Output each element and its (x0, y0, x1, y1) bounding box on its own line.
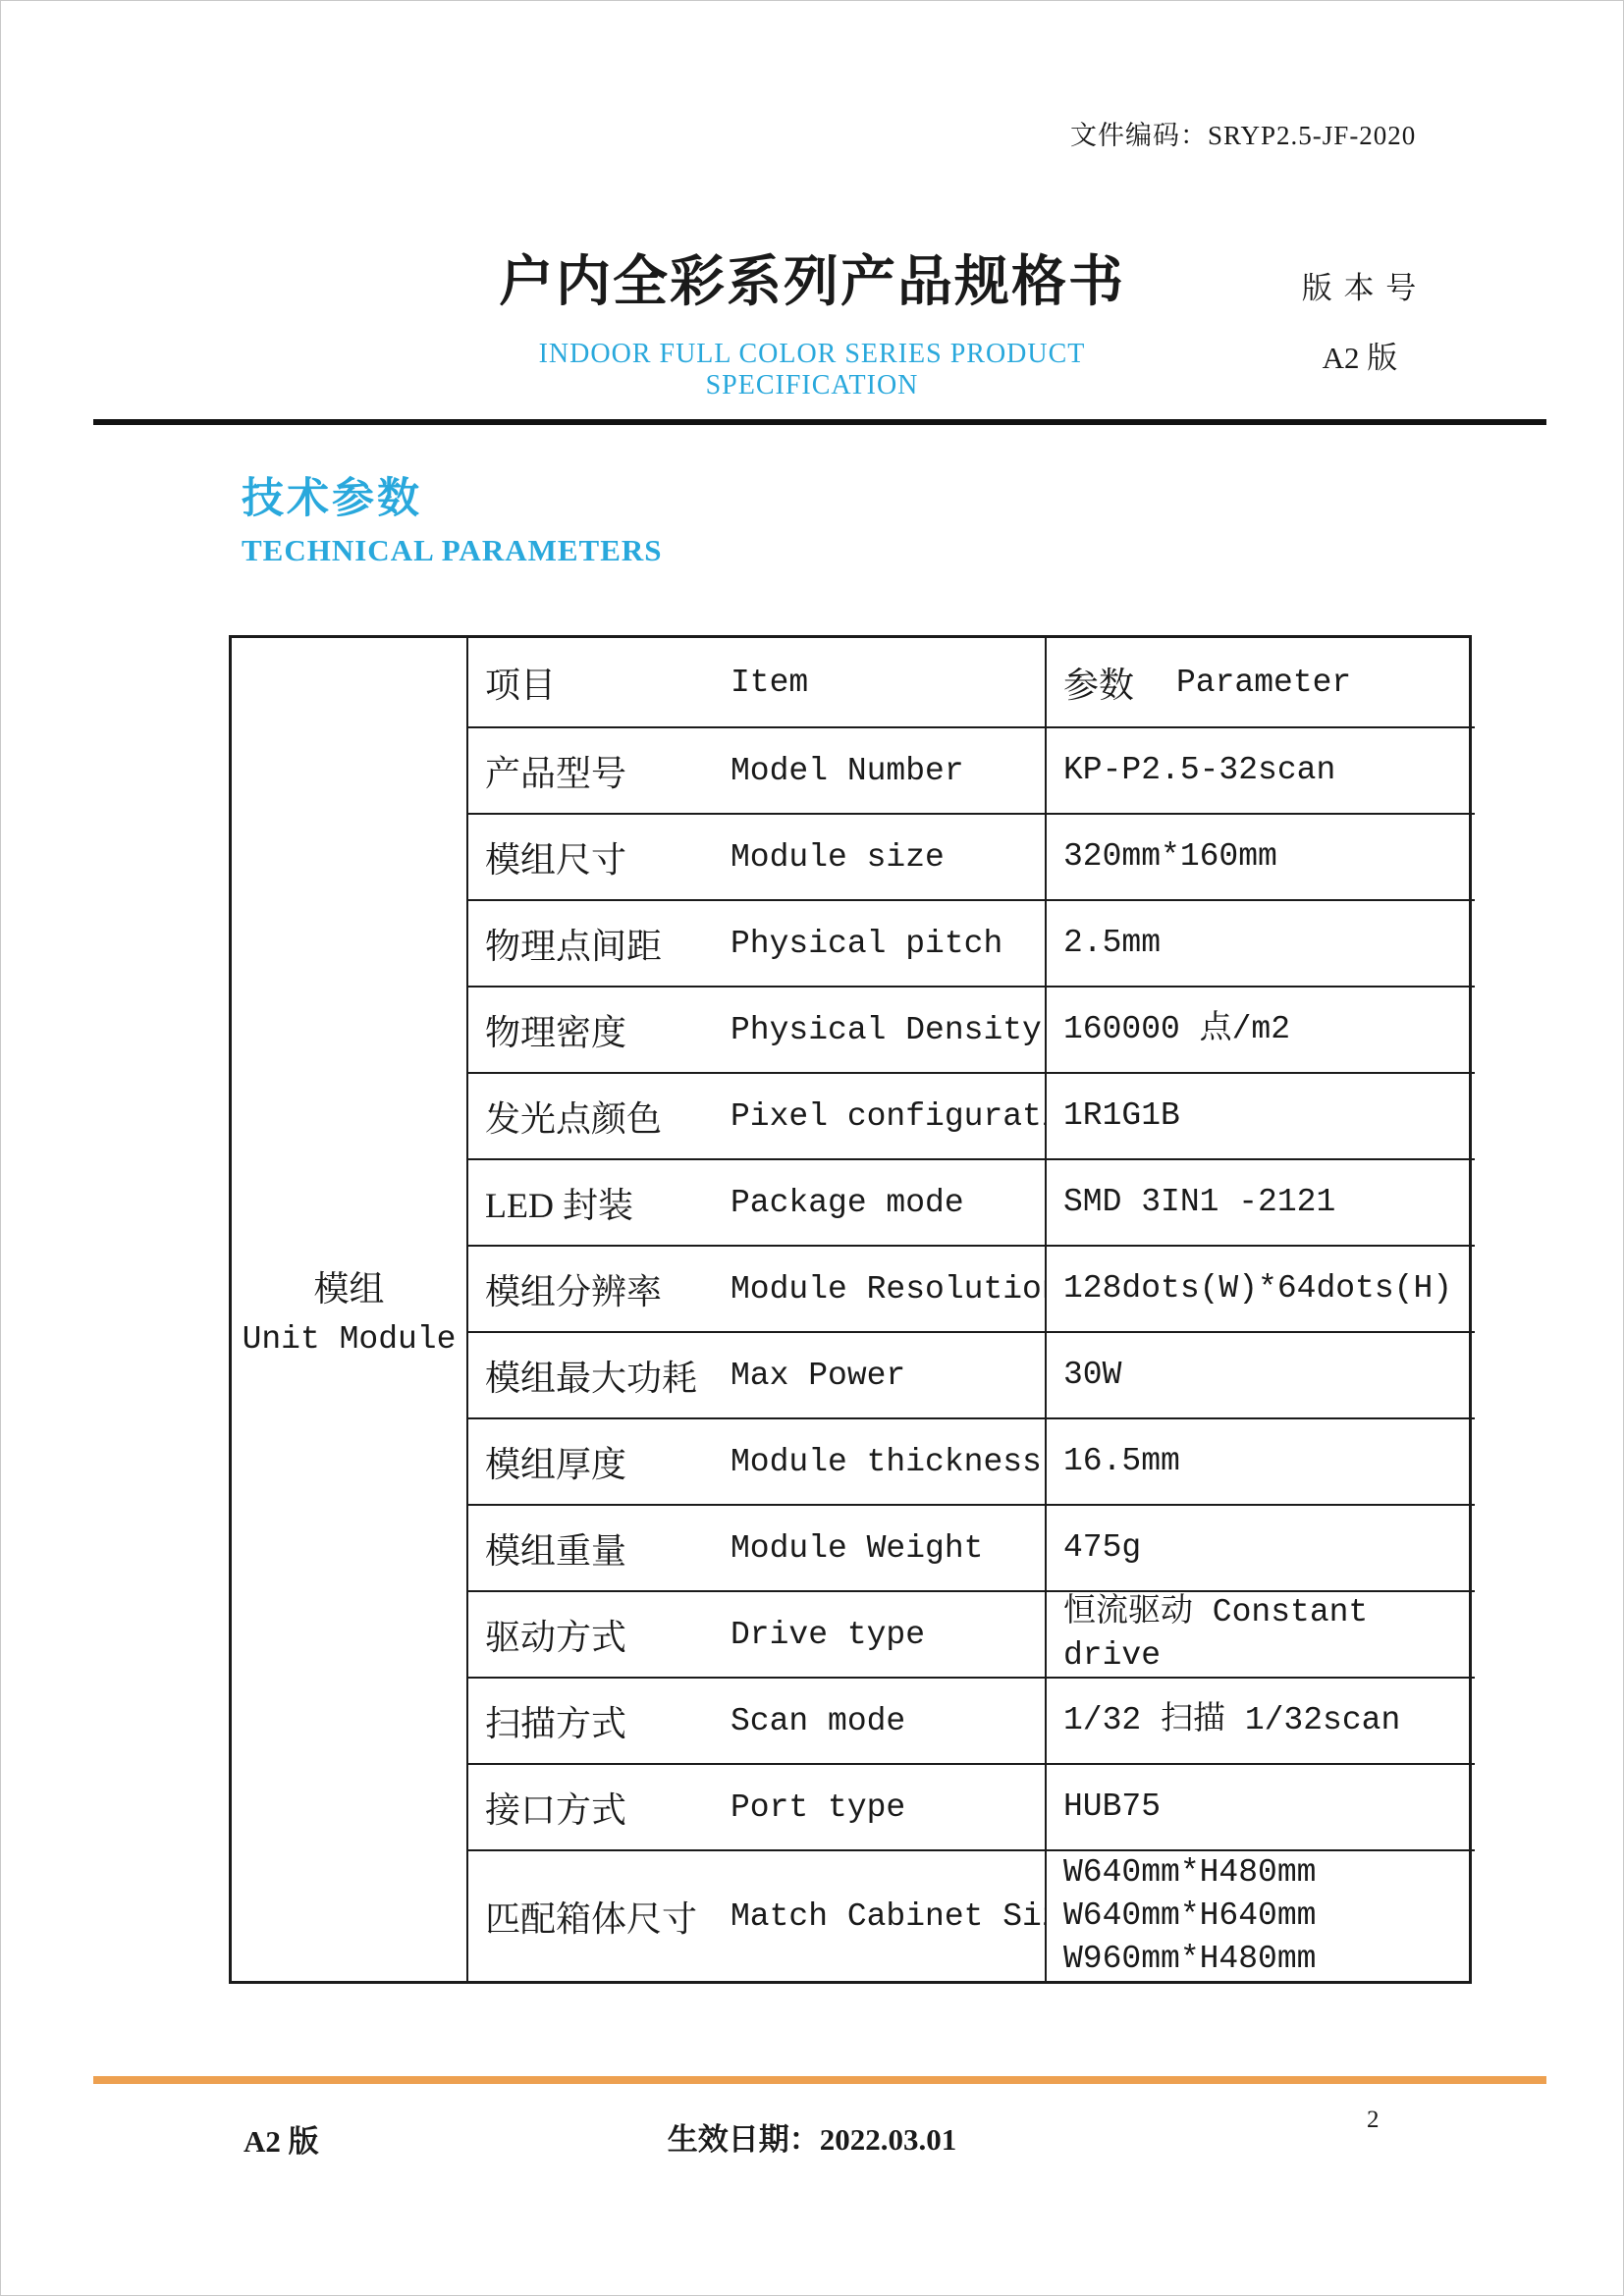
item-label-en: Module Resolution (731, 1271, 1045, 1308)
page-number: 2 (1367, 2107, 1380, 2134)
item-label-zh: 模组最大功耗 (485, 1351, 731, 1401)
param-value-cell: W640mm*H480mmW640mm*H640mmW960mm*H480mm (1045, 1849, 1475, 1981)
item-cell: 接口方式 Port type (466, 1763, 1045, 1849)
param-value-cell: 160000 点/m2 (1045, 986, 1475, 1072)
item-label-zh: 产品型号 (485, 746, 731, 796)
item-label-en: Module size (731, 839, 945, 876)
item-label-zh: 扫描方式 (485, 1696, 731, 1746)
item-label-zh: 发光点颜色 (485, 1092, 731, 1142)
version-label: 版 本 号 (1272, 263, 1448, 307)
header-param-en: Parameter (1176, 665, 1351, 701)
item-label-zh: LED 封装 (485, 1178, 731, 1228)
param-value-cell: 1/32 扫描 1/32scan (1045, 1677, 1475, 1763)
param-value-cell: SMD 3IN1 -2121 (1045, 1158, 1475, 1245)
item-label-en: Scan mode (731, 1703, 905, 1739)
item-cell: 物理点间距 Physical pitch (466, 899, 1045, 986)
item-cell: 模组重量 Module Weight (466, 1504, 1045, 1590)
param-value-cell: 1R1G1B (1045, 1072, 1475, 1158)
item-cell: 模组尺寸 Module size (466, 813, 1045, 899)
item-label-zh: 模组重量 (485, 1523, 731, 1574)
item-label-zh: 物理点间距 (485, 919, 731, 969)
item-label-zh: 接口方式 (485, 1783, 731, 1833)
group-cell-unit-module: 模组 Unit Module (232, 638, 466, 1981)
page-subtitle: INDOOR FULL COLOR SERIES PRODUCT SPECIFI… (429, 339, 1195, 401)
item-label-en: Max Power (731, 1358, 905, 1394)
item-label-en: Physical Density (731, 1012, 1042, 1048)
item-cell: LED 封装 Package mode (466, 1158, 1045, 1245)
version-block: 版 本 号 A2 版 (1272, 263, 1448, 377)
item-label-en: Module thickness (731, 1444, 1042, 1480)
param-value-cell: 128dots(W)*64dots(H) (1045, 1245, 1475, 1331)
param-value-cell: 30W (1045, 1331, 1475, 1417)
param-value-cell: 16.5mm (1045, 1417, 1475, 1504)
param-value-cell: 320mm*160mm (1045, 813, 1475, 899)
param-value-cell: KP-P2.5-32scan (1045, 726, 1475, 813)
item-label-zh: 模组分辨率 (485, 1264, 731, 1314)
item-label-en: Package mode (731, 1185, 964, 1221)
footer-version: A2 版 (244, 2116, 319, 2161)
item-label-en: Port type (731, 1789, 905, 1826)
item-cell: 产品型号 Model Number (466, 726, 1045, 813)
item-cell: 模组分辨率 Module Resolution (466, 1245, 1045, 1331)
item-label-en: Pixel configuration (731, 1098, 1045, 1135)
group-label-zh: 模组 (313, 1261, 384, 1311)
item-cell: 发光点颜色 Pixel configuration (466, 1072, 1045, 1158)
header-param-zh: 参数 (1063, 658, 1176, 708)
document-code: 文件编码：SRYP2.5-JF-2020 (1070, 114, 1416, 152)
item-label-zh: 匹配箱体尺寸 (485, 1892, 731, 1942)
param-value-cell: 恒流驱动 Constant drive (1045, 1590, 1475, 1677)
page-title: 户内全彩系列产品规格书 (429, 239, 1195, 317)
header-item-en: Item (731, 665, 808, 701)
header-item-zh: 项目 (485, 658, 731, 708)
footer-effective-date: 生效日期：2022.03.01 (429, 2114, 1195, 2159)
item-label-zh: 模组尺寸 (485, 832, 731, 882)
param-value-cell: HUB75 (1045, 1763, 1475, 1849)
item-cell: 驱动方式 Drive type (466, 1590, 1045, 1677)
item-label-en: Module Weight (731, 1530, 983, 1567)
item-label-en: Match Cabinet Size (731, 1898, 1045, 1935)
header-item-cell: 项目 Item (466, 638, 1045, 726)
footer-divider (93, 2076, 1546, 2084)
header-param-cell: 参数 Parameter (1045, 638, 1475, 726)
group-label-en: Unit Module (243, 1321, 457, 1358)
item-label-en: Model Number (731, 753, 964, 789)
document-header: 户内全彩系列产品规格书 INDOOR FULL COLOR SERIES PRO… (429, 239, 1195, 401)
item-label-zh: 物理密度 (485, 1005, 731, 1055)
item-cell: 匹配箱体尺寸 Match Cabinet Size (466, 1849, 1045, 1981)
spec-table: 模组 Unit Module 项目 Item 参数 Parameter 产品型号… (229, 635, 1472, 1984)
param-value-cell: 475g (1045, 1504, 1475, 1590)
header-divider (93, 419, 1546, 425)
version-value: A2 版 (1272, 333, 1448, 377)
item-cell: 物理密度 Physical Density (466, 986, 1045, 1072)
item-label-en: Drive type (731, 1617, 925, 1653)
param-value-cell: 2.5mm (1045, 899, 1475, 986)
item-cell: 模组厚度 Module thickness (466, 1417, 1045, 1504)
item-cell: 模组最大功耗 Max Power (466, 1331, 1045, 1417)
item-cell: 扫描方式 Scan mode (466, 1677, 1045, 1763)
section-heading-zh: 技术参数 (242, 465, 422, 525)
item-label-zh: 模组厚度 (485, 1437, 731, 1487)
item-label-zh: 驱动方式 (485, 1610, 731, 1660)
item-label-en: Physical pitch (731, 926, 1002, 962)
section-heading-en: TECHNICAL PARAMETERS (242, 533, 663, 568)
